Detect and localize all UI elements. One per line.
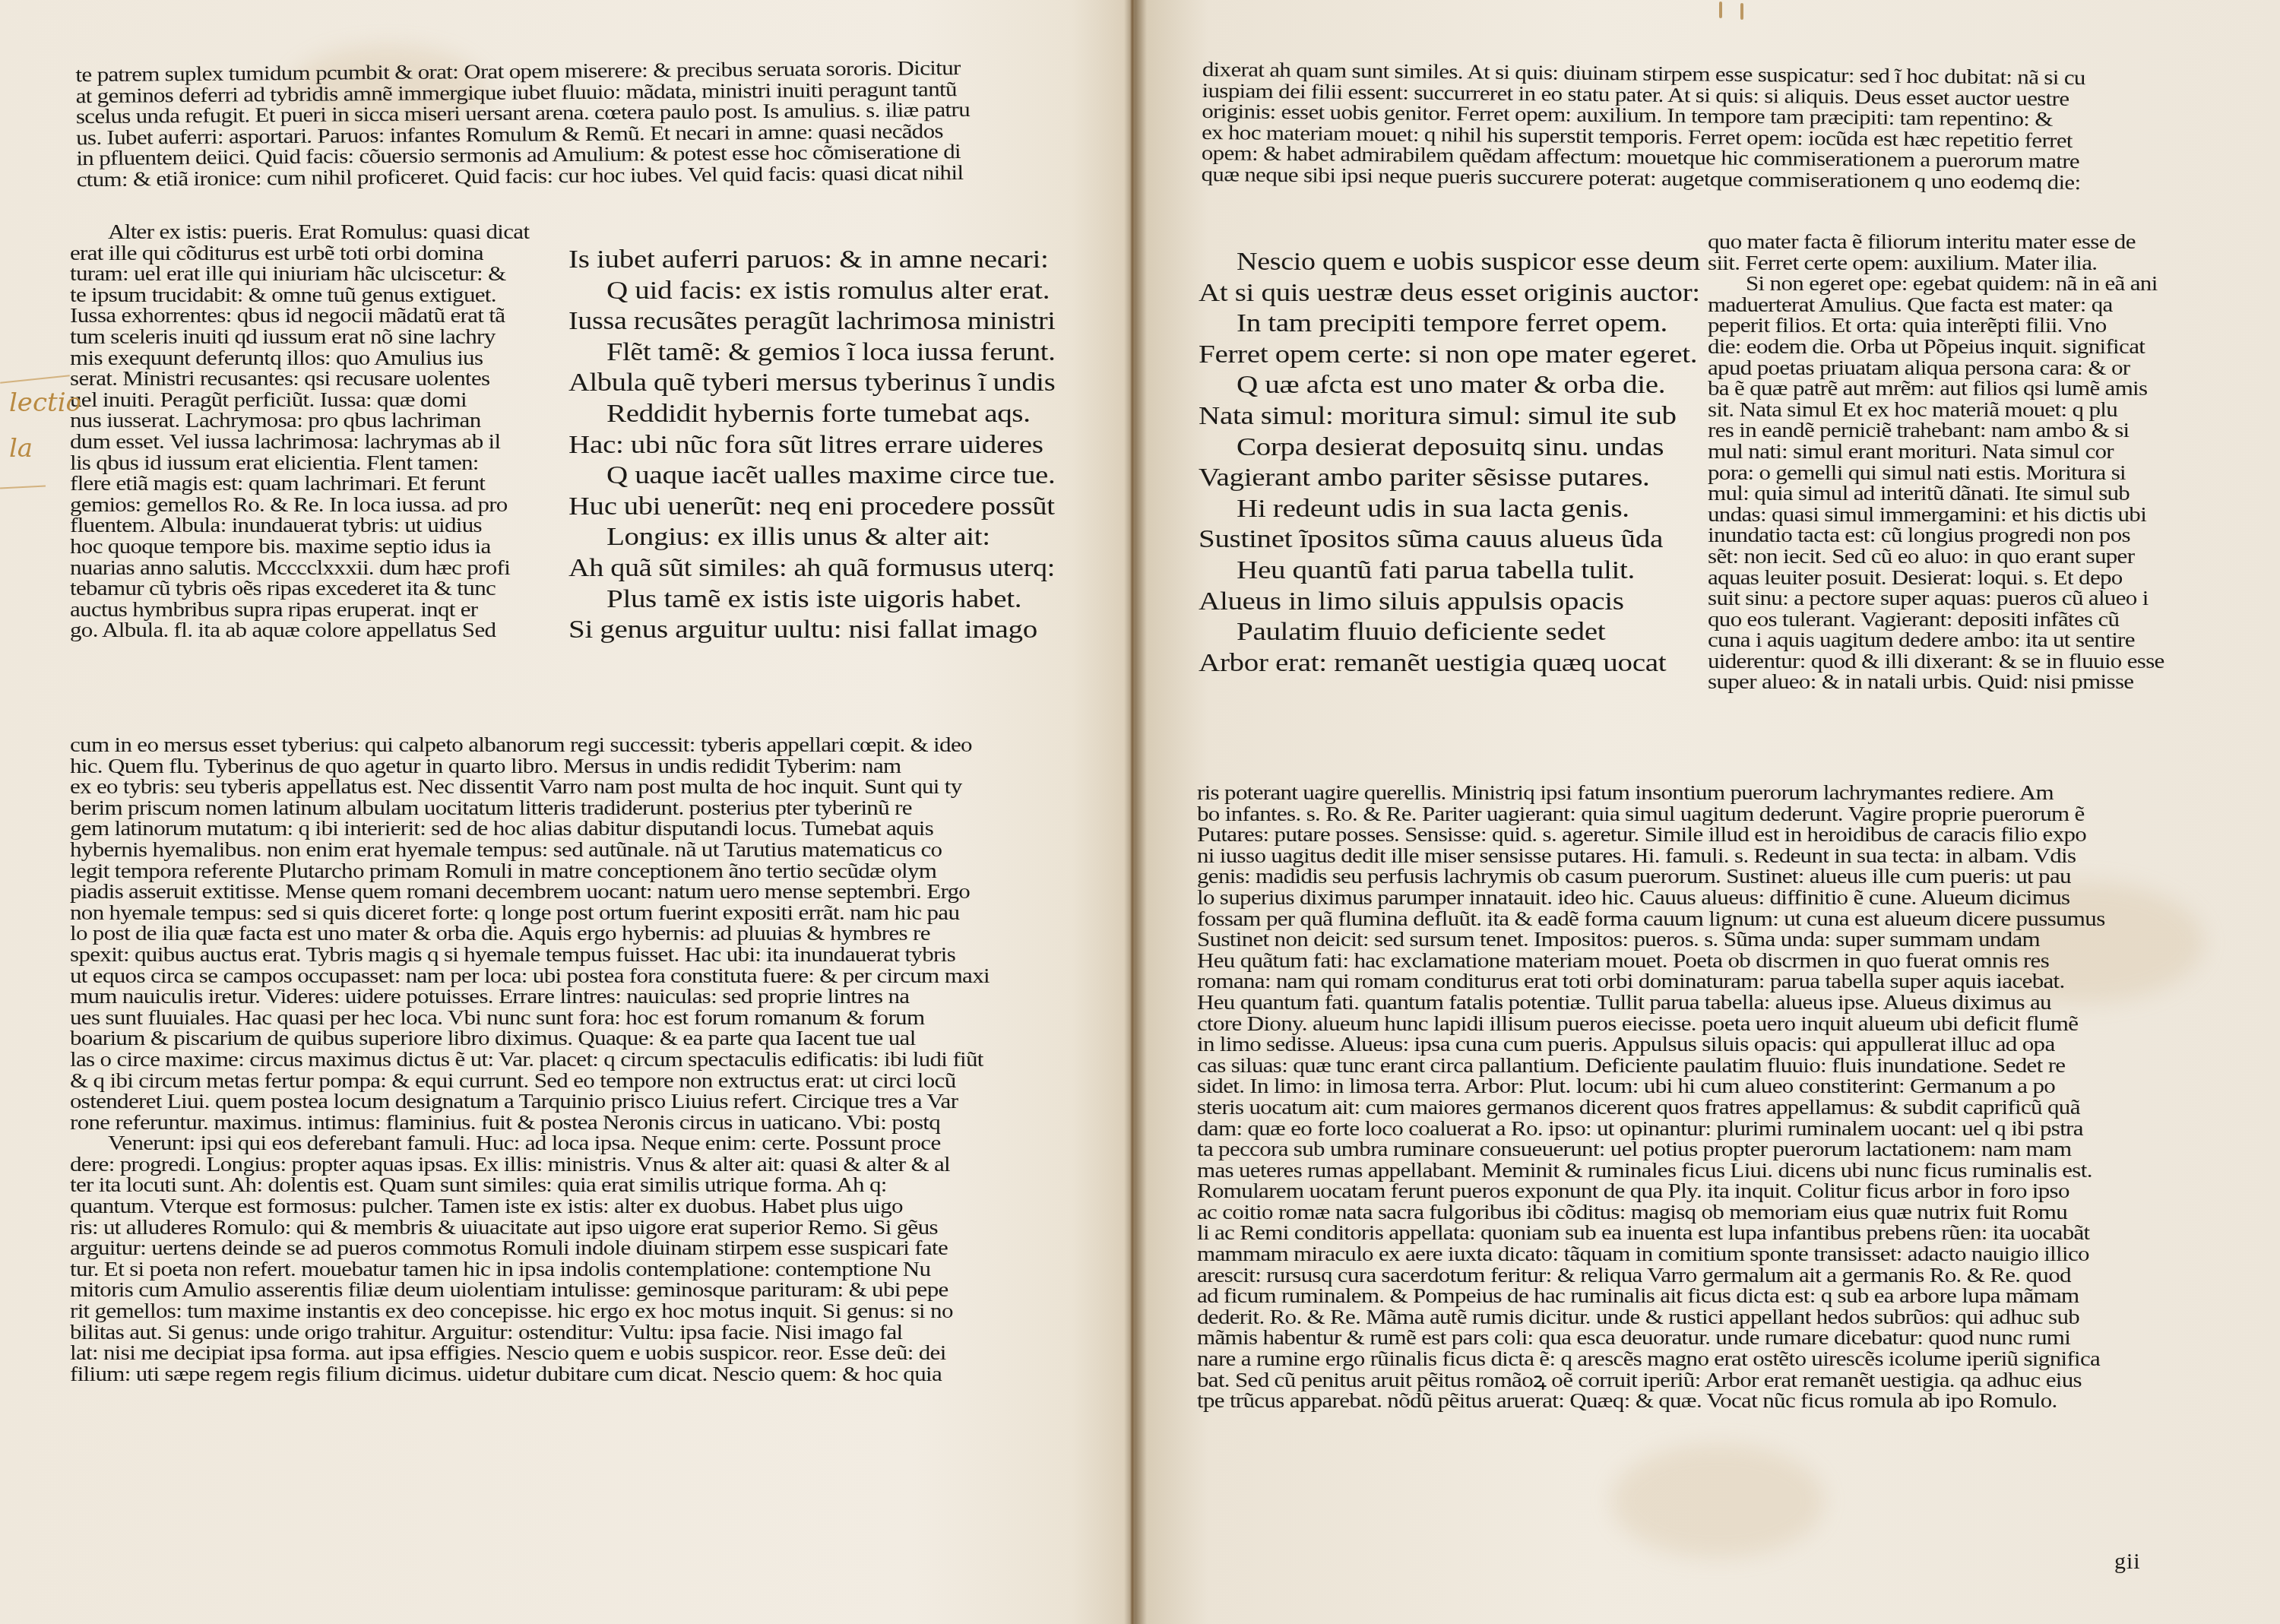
text-line: pora: o gemelli qui simul nati estis. Mo… [1708,463,2194,484]
text-line: ris poterant uagire querellis. Ministriq… [1197,783,2200,804]
text-line: gemios: gemellos Ro. & Re. In loca iussa… [70,495,556,516]
text-line: maduerterat Amulius. Que facta est mater… [1708,295,2194,316]
text-line: berim priscum nomen latinum albulam uoci… [70,798,1073,819]
text-line: flere etiã magis est: quam lachrimari. E… [70,473,556,495]
text-line: nare a rumine ergo rũinalis ficus dicta … [1197,1349,2200,1370]
verse-line: Plus tamẽ ex istis iste uigoris habet. [568,584,1055,616]
verse-line: Heu quantũ fati parua tabella tulit. [1199,556,1700,587]
text-line: hybernis hyemalibus. non enim erat hyema… [70,840,1073,861]
right-verse-column: Nescio quem e uobis suspicor esse deum A… [1199,247,1700,679]
text-line: non hyemale tempus: sed si quis diceret … [70,903,1073,924]
text-line: uiderentur: quod & illi dixerant: & se i… [1708,651,2194,673]
text-line: Romularem uocatam ferunt pueros exponunt… [1197,1181,2200,1202]
text-line: ostenderet Liui. quem postea locum desig… [70,1091,1073,1113]
text-line: ctore Diony. alueum hunc lapidi illisum … [1197,1014,2200,1035]
text-line: mas ueteres rumas appellabant. Meminit &… [1197,1160,2200,1182]
left-gloss-column: Alter ex istis: pueris. Erat Romulus: qu… [70,222,556,641]
text-line: Heu quantum fati. quantum fatalis potent… [1197,992,2200,1014]
text-line: ta peccora sub umbra ruminare consueueru… [1197,1139,2200,1160]
text-line: sit. Nata simul Et ex hoc materiã mouet:… [1708,400,2194,421]
text-line: filium: uti sæpe regem regis filium dici… [70,1364,1073,1385]
text-line: dederit. Ro. & Re. Mãma autẽ rumis dicit… [1197,1307,2200,1328]
verse-line: Ah quã sũt similes: ah quã formusus uter… [568,553,1055,584]
verse-line: Q uaque iacẽt ualles maxime circe tue. [568,461,1055,492]
text-line: Venerunt: ipsi qui eos deferebant famuli… [70,1133,1073,1154]
text-line: quo eos tulerant. Vagierant: depositi in… [1708,609,2194,631]
text-line: die: eodem die. Orba ut Põpeius inquit. … [1708,337,2194,358]
text-line: piadis asseruit extitisse. Mense quem ro… [70,882,1073,903]
text-line: cum in eo mersus esset tyberius: qui cal… [70,735,1073,756]
text-line: rit gemellos: tum maxime instantis ex de… [70,1301,1073,1322]
text-line: quo mater facta ẽ filiorum interitu mate… [1708,232,2194,253]
text-line: bilitas aut. Si genus: unde origo trahit… [70,1322,1073,1344]
verse-line: Vagierant ambo pariter sẽsisse putares. [1199,463,1700,494]
verse-line: Si genus arguitur uultu: nisi fallat ima… [568,615,1055,646]
text-line: Si non egeret ope: egebat quidem: nã in … [1708,274,2194,295]
text-line: serat. Ministri recusantes: qsi recusare… [70,369,556,390]
verse-line: Albula quẽ tyberi mersus tyberinus ĩ und… [568,368,1055,399]
text-line: erat ille qui cõditurus est urbẽ toti or… [70,243,556,264]
right-gloss-column: quo mater facta ẽ filiorum interitu mate… [1708,232,2194,693]
text-line: auctus hymbribus supra ripas eruperat. i… [70,600,556,621]
text-line: hic. Quem flu. Tyberinus de quo agetur i… [70,756,1073,777]
verse-line: Arbor erat: remanẽt uestigia quæq uocat [1199,648,1700,679]
text-line: boarium & piscarium de quibus superiore … [70,1028,1073,1049]
book-spread: te patrem suplex tumidum pcumbit & orat:… [0,0,2280,1624]
text-line: fossam per quã flumina defluũt. ita & ea… [1197,909,2200,930]
text-line: in limo sedisse. Alueus: ipsa cuna cum p… [1197,1034,2200,1056]
text-line: lis qbus id iussum erat elicientia. Flen… [70,453,556,474]
text-line: ues sunt fluuiales. Hac quasi per hec lo… [70,1008,1073,1029]
text-line: dam: quæ eo forte loco coaluerat a Ro. i… [1197,1119,2200,1140]
verse-line: Is iubet auferri paruos: & in amne necar… [568,245,1055,276]
text-line: quantum. Vterque est formosus: pulcher. … [70,1196,1073,1217]
text-line: apud poetas priuatam aliqua persona cara… [1708,358,2194,379]
text-line: tur. Et si poeta non refert. mouebatur t… [70,1259,1073,1281]
verse-line: Paulatim fluuio deficiente sedet [1199,617,1700,648]
text-line: las o circe maxime: circus maximus dictu… [70,1049,1073,1071]
left-page: te patrem suplex tumidum pcumbit & orat:… [0,0,1132,1624]
right-full-commentary: ris poterant uagire querellis. Ministriq… [1197,783,2200,1412]
text-line: Alter ex istis: pueris. Erat Romulus: qu… [70,222,556,243]
verse-line: Nescio quem e uobis suspicor esse deum [1199,247,1700,278]
verse-line: Sustinet ĩpositos sũma cauus alueus ũda [1199,524,1700,556]
verse-line: Longius: ex illis unus & alter ait: [568,522,1055,553]
text-line: li ac Remi conditoris appellata: quoniam… [1197,1223,2200,1244]
marginalia-word: la [9,426,81,471]
text-line: arescit: rursusq cura sacerdotum feritur… [1197,1265,2200,1287]
text-line: suit sinu: a pectore super aquas: pueros… [1708,588,2194,609]
text-line: ter ita locuti sunt. Ah: dolentis est. Q… [70,1175,1073,1196]
verse-line: Alueus in limo siluis appulsis opacis [1199,587,1700,618]
text-line: undas: quasi simul immergamini: et his d… [1708,505,2194,526]
text-line: mãmis habentur & rumẽ est pars coli: qua… [1197,1328,2200,1349]
text-line: ut equos circa se campos occupasset: nam… [70,966,1073,987]
text-line: nuarias anno salutis. Mcccclxxxii. dum h… [70,558,556,579]
text-line: spexit: quibus auctus erat. Tybris magis… [70,945,1073,966]
text-line: steris uocatum ait: cum maiores germanos… [1197,1097,2200,1119]
right-page: dixerat ah quam sunt similes. At si quis… [1136,0,2280,1624]
text-line: tpe trũcus apparebat. nõdũ pẽitus aruera… [1197,1391,2200,1412]
text-line: mum nauiculis iretur. Videres: uidere po… [70,986,1073,1008]
text-line: nus iusserat. Lachrymosa: pro qbus lachr… [70,410,556,432]
text-line: ad ficum ruminalem. & Pompeius de hac ru… [1197,1286,2200,1307]
verse-line: Iussa recusãtes peragũt lachrimosa minis… [568,306,1055,337]
text-line: Putares: putare posses. Sensisse: quid. … [1197,825,2200,846]
text-line: peperit filios. Et orta: quia interẽpti … [1708,315,2194,337]
verse-line: Nata simul: moritura simul: simul ite su… [1199,401,1700,432]
text-line: romana: nam qui romam conditurus erat to… [1197,971,2200,992]
signature-mark: gii [2114,1549,2141,1575]
text-line: Heu quãtum fati: hac exclamatione materi… [1197,951,2200,972]
verse-line: Reddidit hybernis forte tumebat aqs. [568,399,1055,430]
text-line: bat. Sed cũ penitus aruit pẽitus romãoꝝ … [1197,1370,2200,1391]
verse-line: Flẽt tamẽ: & gemios ĩ loca iussa ferunt. [568,337,1055,369]
text-line: sidet. In limo: in limosa terra. Arbor: … [1197,1076,2200,1097]
left-full-commentary: cum in eo mersus esset tyberius: qui cal… [70,735,1073,1385]
text-line: uel inuiti. Peragũt perficiũt. Iussa: qu… [70,390,556,411]
text-line: ba ẽ quæ patrẽ aut mrẽm: aut filios qsi … [1708,378,2194,400]
text-line: bo infantes. s. Ro. & Re. Pariter uagier… [1197,804,2200,825]
text-line: legit tempora referente Plutarcho primam… [70,861,1073,882]
text-line: & q ibi circum metas fertur pompa: & equ… [70,1071,1073,1092]
verse-line: Q uæ afcta est uno mater & orba die. [1199,370,1700,401]
text-line: lo post de ilia quæ facta est uno mater … [70,923,1073,945]
text-line: arguitur: uertens deinde se ad pueros co… [70,1238,1073,1259]
marginalia-rule [0,485,46,489]
text-line: mitoris cum Amulio asserentis filiæ deum… [70,1280,1073,1301]
text-line: mis exequunt deferuntq illos: quo Amuliu… [70,348,556,369]
handwritten-marginalia: lectio la [9,380,81,471]
text-line: dum esset. Vel iussa lachrimosa: lachrym… [70,432,556,453]
right-top-commentary: dixerat ah quam sunt similes. At si quis… [1201,59,2190,195]
text-line: ac coitio romæ nata sacra fulgoribus ibi… [1197,1202,2200,1224]
text-line: ex eo tybris: seu tyberis appellatus est… [70,777,1073,798]
verse-line: Hi redeunt udis in sua lacta genis. [1199,494,1700,525]
text-line: mul: quia simul ad interitũ dãnati. Ite … [1708,483,2194,505]
verse-line: Q uid facis: ex istis romulus alter erat… [568,276,1055,307]
text-line: cuna i aquis uagitum dedere ambo: ita ut… [1708,630,2194,651]
text-line: inundatio tacta est: cũ longius progredi… [1708,525,2194,546]
left-verse-column: Is iubet auferri paruos: & in amne necar… [568,245,1055,646]
text-line: gem latinorum mutatum: q ibi interierit:… [70,818,1073,840]
verse-line: Hac: ubi nũc fora sũt litres errare uide… [568,430,1055,461]
text-line: fluentem. Albula: inundauerat tybris: ut… [70,515,556,537]
verse-line: At si quis uestræ deus esset originis au… [1199,278,1700,309]
text-line: sẽt: non iecit. Sed cũ eo aluo: in quo e… [1708,546,2194,568]
text-line: genis: madidis seu perfusis lachrymis ob… [1197,866,2200,888]
text-line: tebamur cũ tybris oẽs ripas excederet it… [70,578,556,600]
text-line: te ipsum trucidabit: & omne tuũ genus ex… [70,285,556,306]
text-line: lo superius diximus parumper innatauit. … [1197,888,2200,909]
text-line: hoc quoque tempore bis. maxime septio id… [70,537,556,558]
text-line: rone referuntur. maximus. intimus: flami… [70,1113,1073,1134]
text-line: turam: uel erat ille qui iniuriam hãc ul… [70,264,556,285]
text-line: ni iusso uagitus dedit ille miser sensis… [1197,846,2200,867]
text-line: siit. Ferret certe opem: auxilium. Mater… [1708,253,2194,274]
text-line: dere: progredi. Longius: propter aquas i… [70,1154,1073,1176]
text-line: cas siluas: quæ tunc erant circa pallant… [1197,1056,2200,1077]
verse-line: Corpa desierat deposuitq sinu. undas [1199,432,1700,464]
verse-line: Huc ubi uenerũt: neq eni procedere possũ… [568,492,1055,523]
text-line: ris: ut alluderes Romulo: qui & membris … [70,1217,1073,1239]
text-line: mammam miraculo ex aere iuxta dicato: tã… [1197,1244,2200,1265]
text-line: super alueo: & in natali urbis. Quid: ni… [1708,672,2194,693]
text-line: mul nati: simul erant morituri. Nata sim… [1708,442,2194,463]
text-line: Iussa exhorrentes: qbus id negocii mãdat… [70,305,556,327]
verse-line: Ferret opem certe: si non ope mater eger… [1199,340,1700,371]
text-line: go. Albula. fl. ita ab aquæ colore appel… [70,620,556,641]
text-line: tum sceleris inuiti qd iussum erat nõ si… [70,327,556,348]
left-top-commentary: te patrem suplex tumidum pcumbit & orat:… [75,57,1075,191]
text-line: res in eandẽ perniciẽ trahebant: nam amb… [1708,420,2194,442]
text-line: aquas leuiter posuit. Desierat: loqui. s… [1708,568,2194,589]
text-line: lat: nisi me decipiat ipsa forma. aut ip… [70,1343,1073,1364]
marginalia-word: lectio [9,380,81,426]
text-line: Sustinet non deicit: sed sursum tenet. I… [1197,929,2200,951]
verse-line: In tam precipiti tempore ferret opem. [1199,309,1700,340]
